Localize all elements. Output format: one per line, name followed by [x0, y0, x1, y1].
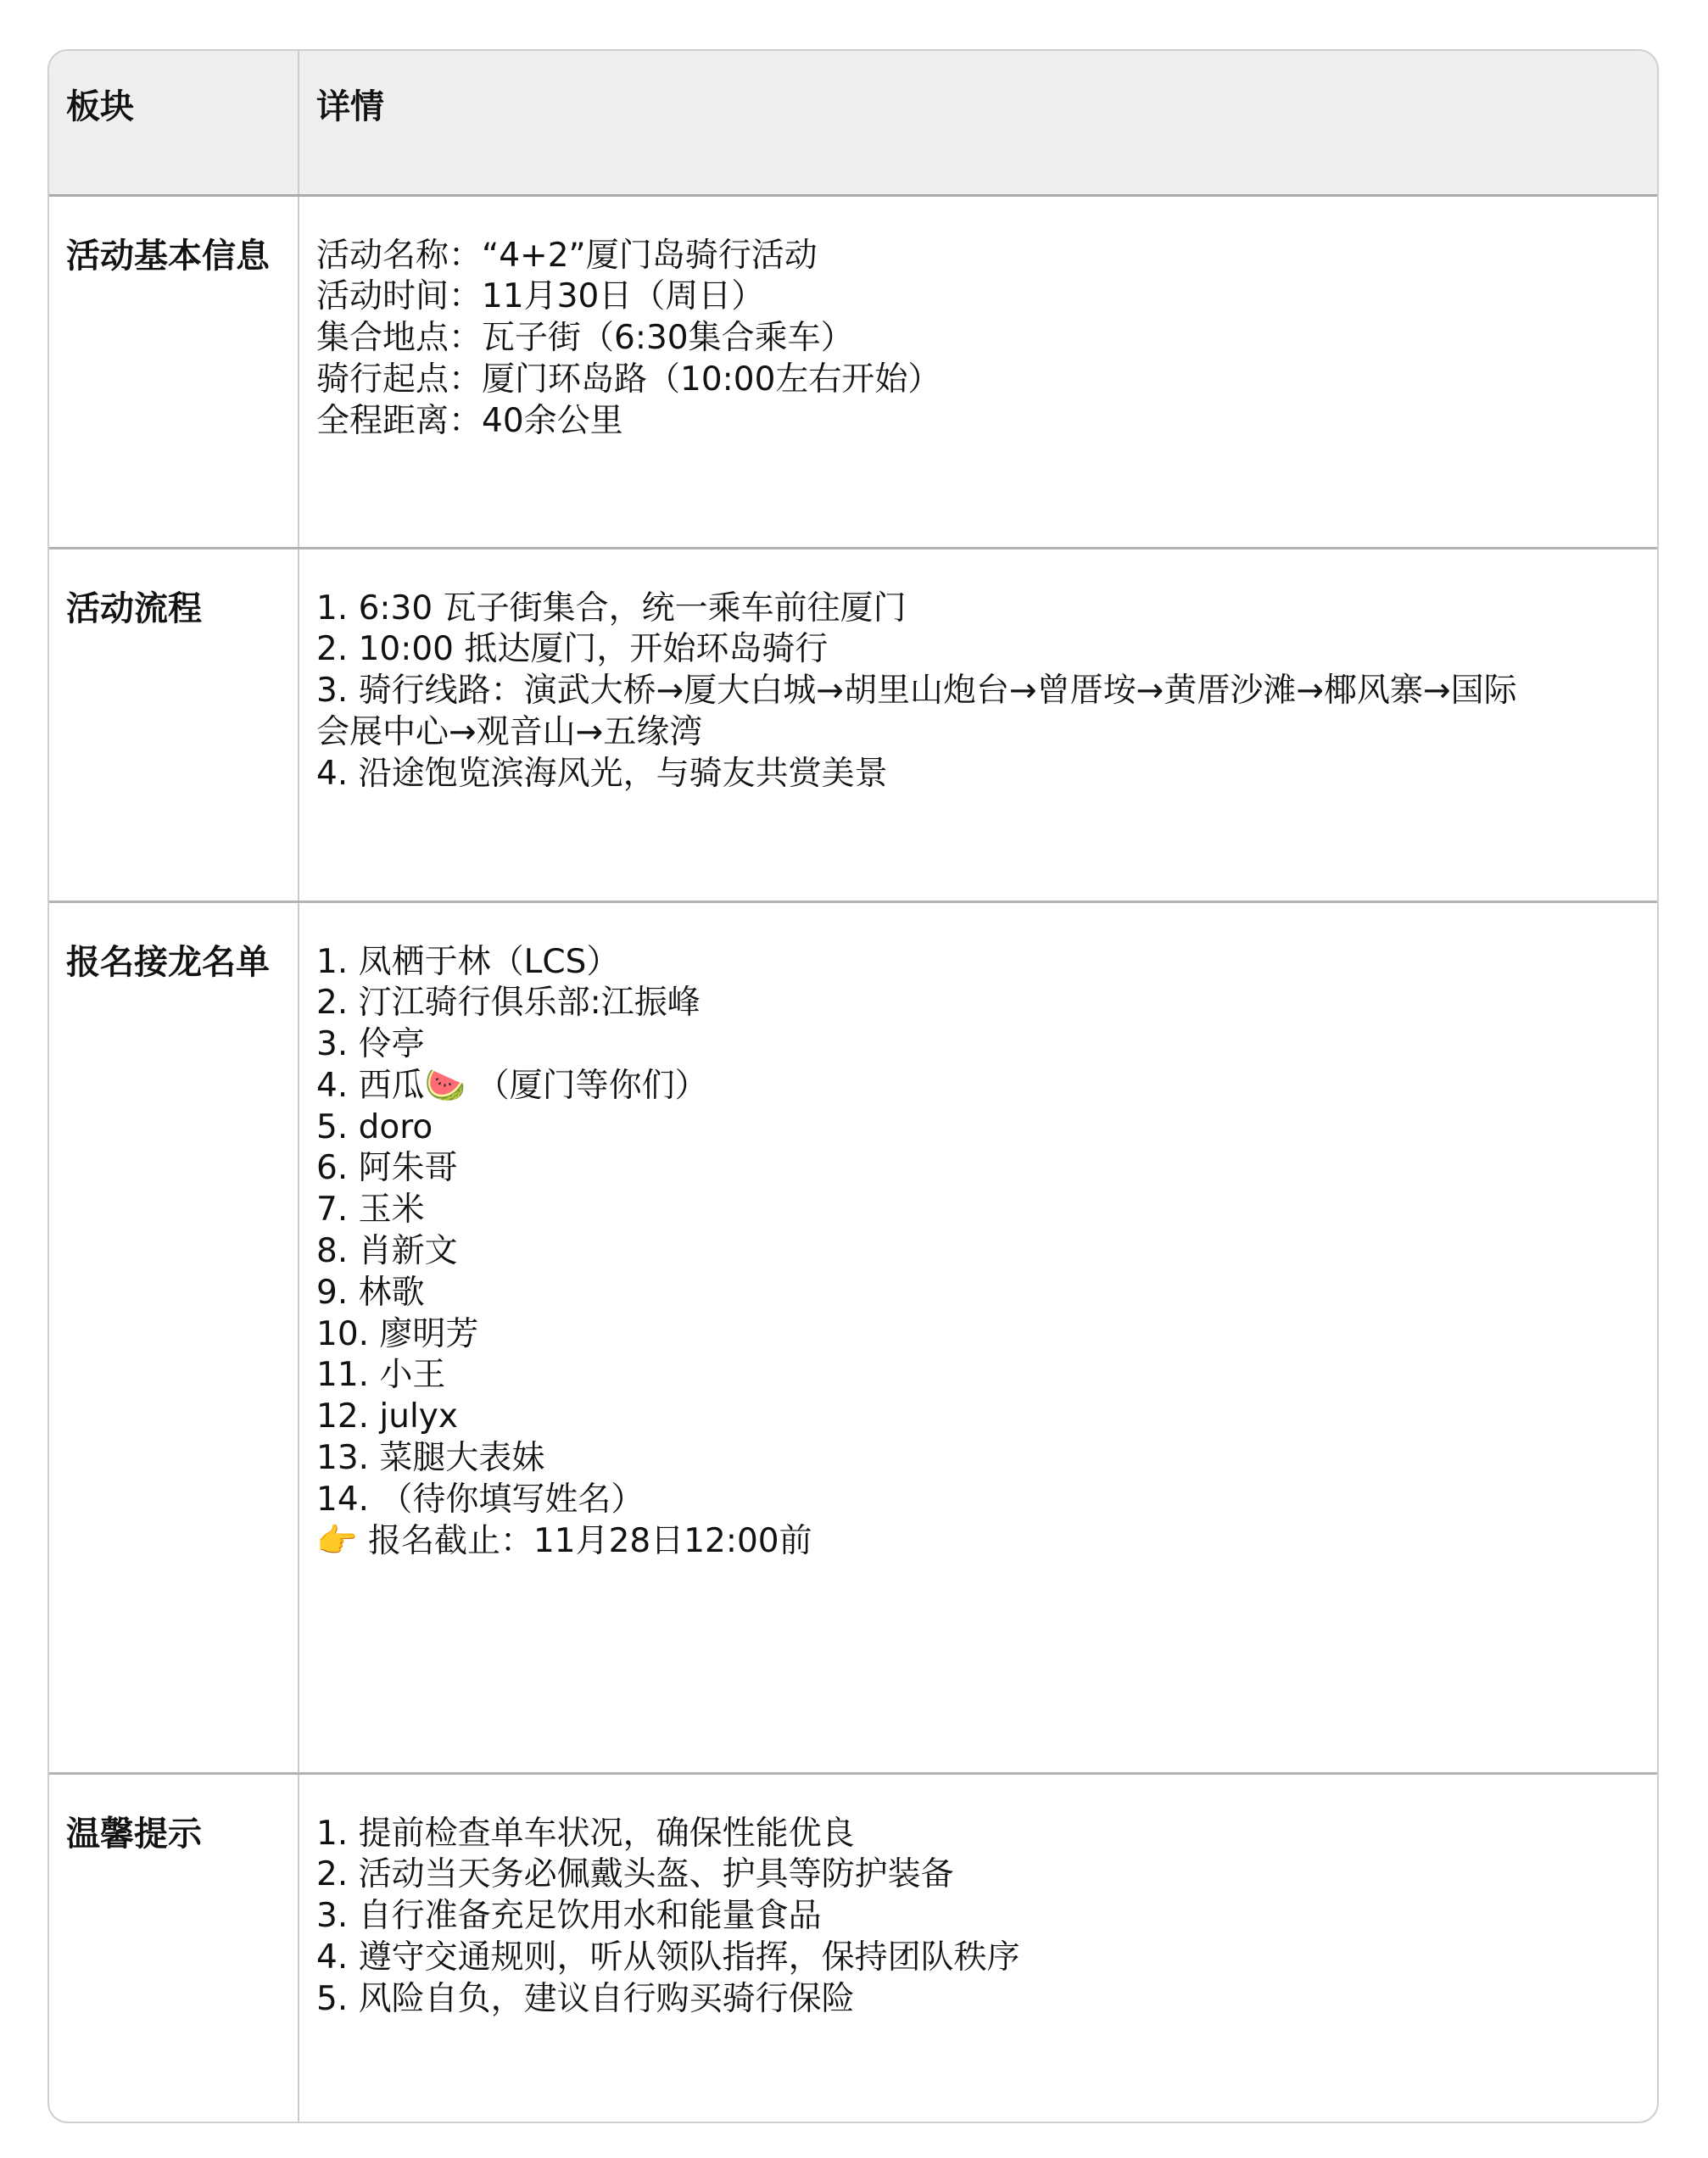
signup-entry: 13. 菜腿大表妹	[316, 1438, 1640, 1480]
signup-entry: 7. 玉米	[316, 1190, 1640, 1231]
table-row-schedule: 活动流程 1. 6:30 瓦子街集合，统一乘车前往厦门 2. 10:00 抵达厦…	[49, 548, 1657, 901]
row-label: 温馨提示	[49, 1773, 299, 2123]
signup-entry: 12. julyx	[316, 1397, 1640, 1438]
header-row: 板块 详情	[49, 51, 1657, 195]
row-label: 活动基本信息	[49, 195, 299, 548]
detail-line: 骑行起点：厦门环岛路（10:00左右开始）	[316, 360, 1640, 401]
signup-entry: 5. doro	[316, 1107, 1640, 1149]
tip-line: 2. 活动当天务必佩戴头盔、护具等防护装备	[316, 1854, 1640, 1896]
header-section: 板块	[49, 51, 299, 195]
detail-line: 全程距离：40余公里	[316, 401, 1640, 443]
signup-entry: 9. 林歌	[316, 1273, 1640, 1314]
signup-entry: 1. 凤栖于林（LCS）	[316, 942, 1640, 984]
detail-line: 4. 沿途饱览滨海风光，与骑友共赏美景	[316, 754, 1640, 795]
detail-line: 活动时间：11月30日（周日）	[316, 276, 1640, 318]
signup-entry: 2. 汀江骑行俱乐部:江振峰	[316, 983, 1640, 1024]
signup-entry-watermelon: 4. 西瓜🍉 （厦门等你们）	[316, 1066, 1640, 1107]
activity-info-table: 板块 详情 活动基本信息 活动名称：“4+2”厦门岛骑行活动 活动时间：11月3…	[47, 49, 1659, 2123]
signup-entry: 8. 肖新文	[316, 1231, 1640, 1273]
table: 板块 详情 活动基本信息 活动名称：“4+2”厦门岛骑行活动 活动时间：11月3…	[49, 51, 1657, 2123]
detail-line: 1. 6:30 瓦子街集合，统一乘车前往厦门	[316, 588, 1640, 630]
signup-entry: 10. 廖明芳	[316, 1314, 1640, 1356]
header-details: 详情	[299, 51, 1657, 195]
detail-line: 2. 10:00 抵达厦门，开始环岛骑行	[316, 629, 1640, 671]
table-row-signup-list: 报名接龙名单 1. 凤栖于林（LCS） 2. 汀江骑行俱乐部:江振峰 3. 伶亭…	[49, 901, 1657, 1773]
row-label: 活动流程	[49, 548, 299, 901]
signup-entry: 3. 伶亭	[316, 1024, 1640, 1066]
detail-line: 3. 骑行线路：演武大桥→厦大白城→胡里山炮台→曾厝垵→黄厝沙滩→椰风寨→国际	[316, 671, 1640, 712]
signup-entry: 11. 小王	[316, 1355, 1640, 1397]
signup-entry: 6. 阿朱哥	[316, 1148, 1640, 1190]
row-details: 活动名称：“4+2”厦门岛骑行活动 活动时间：11月30日（周日） 集合地点：瓦…	[299, 195, 1657, 548]
detail-line: 活动名称：“4+2”厦门岛骑行活动	[316, 236, 1640, 277]
detail-line: 集合地点：瓦子街（6:30集合乘车）	[316, 318, 1640, 360]
row-details: 1. 6:30 瓦子街集合，统一乘车前往厦门 2. 10:00 抵达厦门，开始环…	[299, 548, 1657, 901]
tip-line: 1. 提前检查单车状况，确保性能优良	[316, 1814, 1640, 1855]
row-label: 报名接龙名单	[49, 901, 299, 1773]
signup-entry-placeholder: 14. （待你填写姓名）	[316, 1480, 1640, 1521]
table-row-basic-info: 活动基本信息 活动名称：“4+2”厦门岛骑行活动 活动时间：11月30日（周日）…	[49, 195, 1657, 548]
tip-line: 3. 自行准备充足饮用水和能量食品	[316, 1896, 1640, 1938]
detail-line: 会展中心→观音山→五缘湾	[316, 712, 1640, 754]
signup-deadline-pointing-hand: 👉 报名截止：11月28日12:00前	[316, 1521, 1640, 1563]
tip-line: 5. 风险自负，建议自行购买骑行保险	[316, 1979, 1640, 2021]
row-details: 1. 提前检查单车状况，确保性能优良 2. 活动当天务必佩戴头盔、护具等防护装备…	[299, 1773, 1657, 2123]
tip-line: 4. 遵守交通规则，听从领队指挥，保持团队秩序	[316, 1938, 1640, 1979]
row-details: 1. 凤栖于林（LCS） 2. 汀江骑行俱乐部:江振峰 3. 伶亭 4. 西瓜🍉…	[299, 901, 1657, 1773]
table-row-tips: 温馨提示 1. 提前检查单车状况，确保性能优良 2. 活动当天务必佩戴头盔、护具…	[49, 1773, 1657, 2123]
table-body: 活动基本信息 活动名称：“4+2”厦门岛骑行活动 活动时间：11月30日（周日）…	[49, 195, 1657, 2123]
table-header: 板块 详情	[49, 51, 1657, 195]
